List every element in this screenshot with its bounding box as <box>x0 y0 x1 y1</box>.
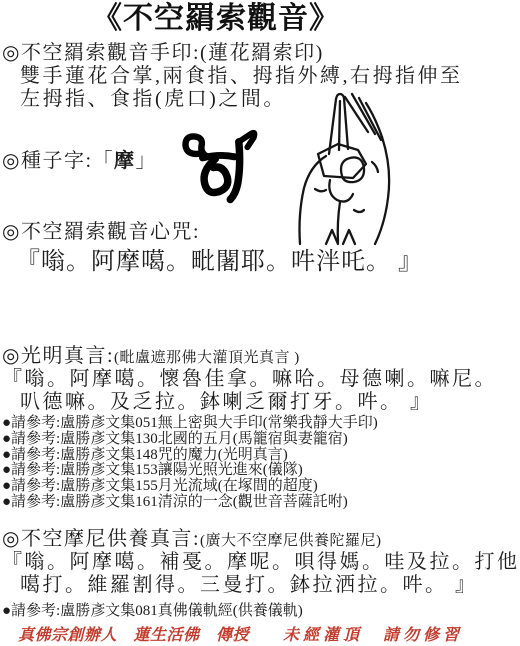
offering-heading-note: (廣大不空摩尼供養陀羅尼) <box>200 533 382 549</box>
seed-syllable-image <box>172 128 264 208</box>
light-heading-text: ◎光明真言: <box>2 345 114 367</box>
offering-reference: ●請參考:盧勝彥文集081真佛儀軌經(供養儀軌) <box>2 599 303 620</box>
mudra-heading-note: (蓮花羂索印) <box>200 42 324 64</box>
reference-item: ●請參考:盧勝彥文集130北國的五月(馬籠宿與妻籠宿) <box>2 432 378 448</box>
light-mantra-line1: 『嗡。阿摩噶。懷魯佳拿。嘛哈。母德喇。嘛尼。 <box>2 368 497 391</box>
siddham-ma-icon <box>172 128 264 208</box>
offering-mantra-line2: 噶打。維羅割得。三曼打。鉢拉洒拉。吽。 』 <box>20 574 478 597</box>
document-page: 《不空羂索觀音》 ◎不空羂索觀音手印:(蓮花羂索印) 雙手蓮花合掌,兩食指、拇指… <box>0 0 520 646</box>
mudra-illustration <box>282 92 407 247</box>
mudra-section-heading: ◎不空羂索觀音手印:(蓮花羂索印) <box>2 42 324 65</box>
footer-lineage-text: 真佛宗創辦人 蓮生活佛 傳授 <box>18 622 249 645</box>
reference-item: ●請參考:盧勝彥文集051無上密與大手印(常樂我靜大手印) <box>2 416 378 432</box>
praying-hands-mudra-icon <box>282 92 407 247</box>
heart-mantra-heading: ◎不空羂索觀音心咒: <box>2 221 200 244</box>
seed-heading-suffix: 」 <box>136 150 158 172</box>
reference-item: ●請參考:盧勝彥文集153讓陽光照光進來(儀隊) <box>2 463 378 479</box>
heart-mantra-text: 『嗡。阿摩噶。毗闍耶。吽泮吒。 』 <box>16 247 423 277</box>
seed-heading-prefix: ◎種子字:「 <box>2 150 114 172</box>
light-mantra-line2: 叭德嘛。及乏拉。鉢喇乏爾打牙。吽。 』 <box>20 391 433 414</box>
mudra-desc-line1: 雙手蓮花合掌,兩食指、拇指外縛,右拇指伸至 <box>20 65 463 88</box>
page-title: 《不空羂索觀音》 <box>0 1 520 37</box>
seed-character: 摩 <box>114 150 136 172</box>
offering-mantra-line1: 『嗡。阿摩噶。補戞。摩呢。唄得媽。哇及拉。打他 <box>2 551 520 574</box>
light-heading-note: (毗盧遮那佛大灌頂光真言 ) <box>114 350 300 366</box>
offering-heading-text: ◎不空摩尼供養真言: <box>2 528 200 550</box>
reference-list: ●請參考:盧勝彥文集051無上密與大手印(常樂我靜大手印) ●請參考:盧勝彥文集… <box>2 416 378 511</box>
footer-warning-text: 未經灌頂 請勿修習 <box>283 622 463 645</box>
mudra-heading-text: ◎不空羂索觀音手印: <box>2 42 200 64</box>
mudra-desc-line2: 左拇指、食指(虎口)之間。 <box>20 88 286 111</box>
seed-section-heading: ◎種子字:「摩」 <box>2 150 157 173</box>
reference-item: ●請參考:盧勝彥文集155月光流域(在塚間的超度) <box>2 479 378 495</box>
reference-item: ●請參考:盧勝彥文集161清涼的一念(觀世音菩薩託咐) <box>2 495 378 511</box>
offering-mantra-heading: ◎不空摩尼供養真言:(廣大不空摩尼供養陀羅尼) <box>2 528 382 553</box>
light-mantra-heading: ◎光明真言:(毗盧遮那佛大灌頂光真言 ) <box>2 345 300 370</box>
